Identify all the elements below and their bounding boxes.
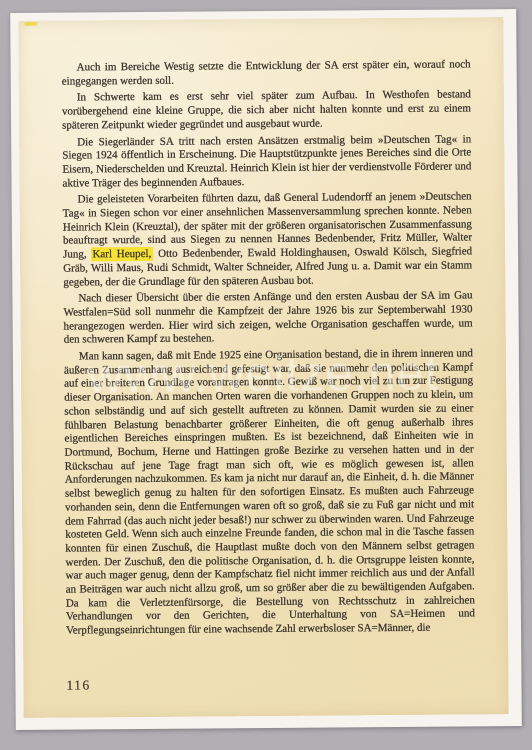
yellow-smudge xyxy=(24,22,37,26)
paragraph: Die Siegerländer SA tritt nach ersten An… xyxy=(62,133,471,191)
paragraph: Die geleisteten Vorarbeiten führten dazu… xyxy=(63,191,473,290)
paragraph: Man kann sagen, daß mit Ende 1925 eine O… xyxy=(64,347,475,638)
paragraph: Nach dieser Übersicht über die ersten An… xyxy=(63,290,472,348)
page-number: 116 xyxy=(66,677,90,693)
highlighted-name: Karl Heupel, xyxy=(91,247,153,261)
scanned-sheet: Auch im Bereiche Westig setzte die Entwi… xyxy=(10,9,522,730)
photo-background: Auch im Bereiche Westig setzte die Entwi… xyxy=(0,0,532,750)
paragraph: In Schwerte kam es erst sehr viel später… xyxy=(62,89,471,133)
paragraph: Auch im Bereiche Westig setzte die Entwi… xyxy=(62,58,471,89)
book-page: Auch im Bereiche Westig setzte die Entwi… xyxy=(18,17,508,718)
page-text: Auch im Bereiche Westig setzte die Entwi… xyxy=(62,58,476,638)
